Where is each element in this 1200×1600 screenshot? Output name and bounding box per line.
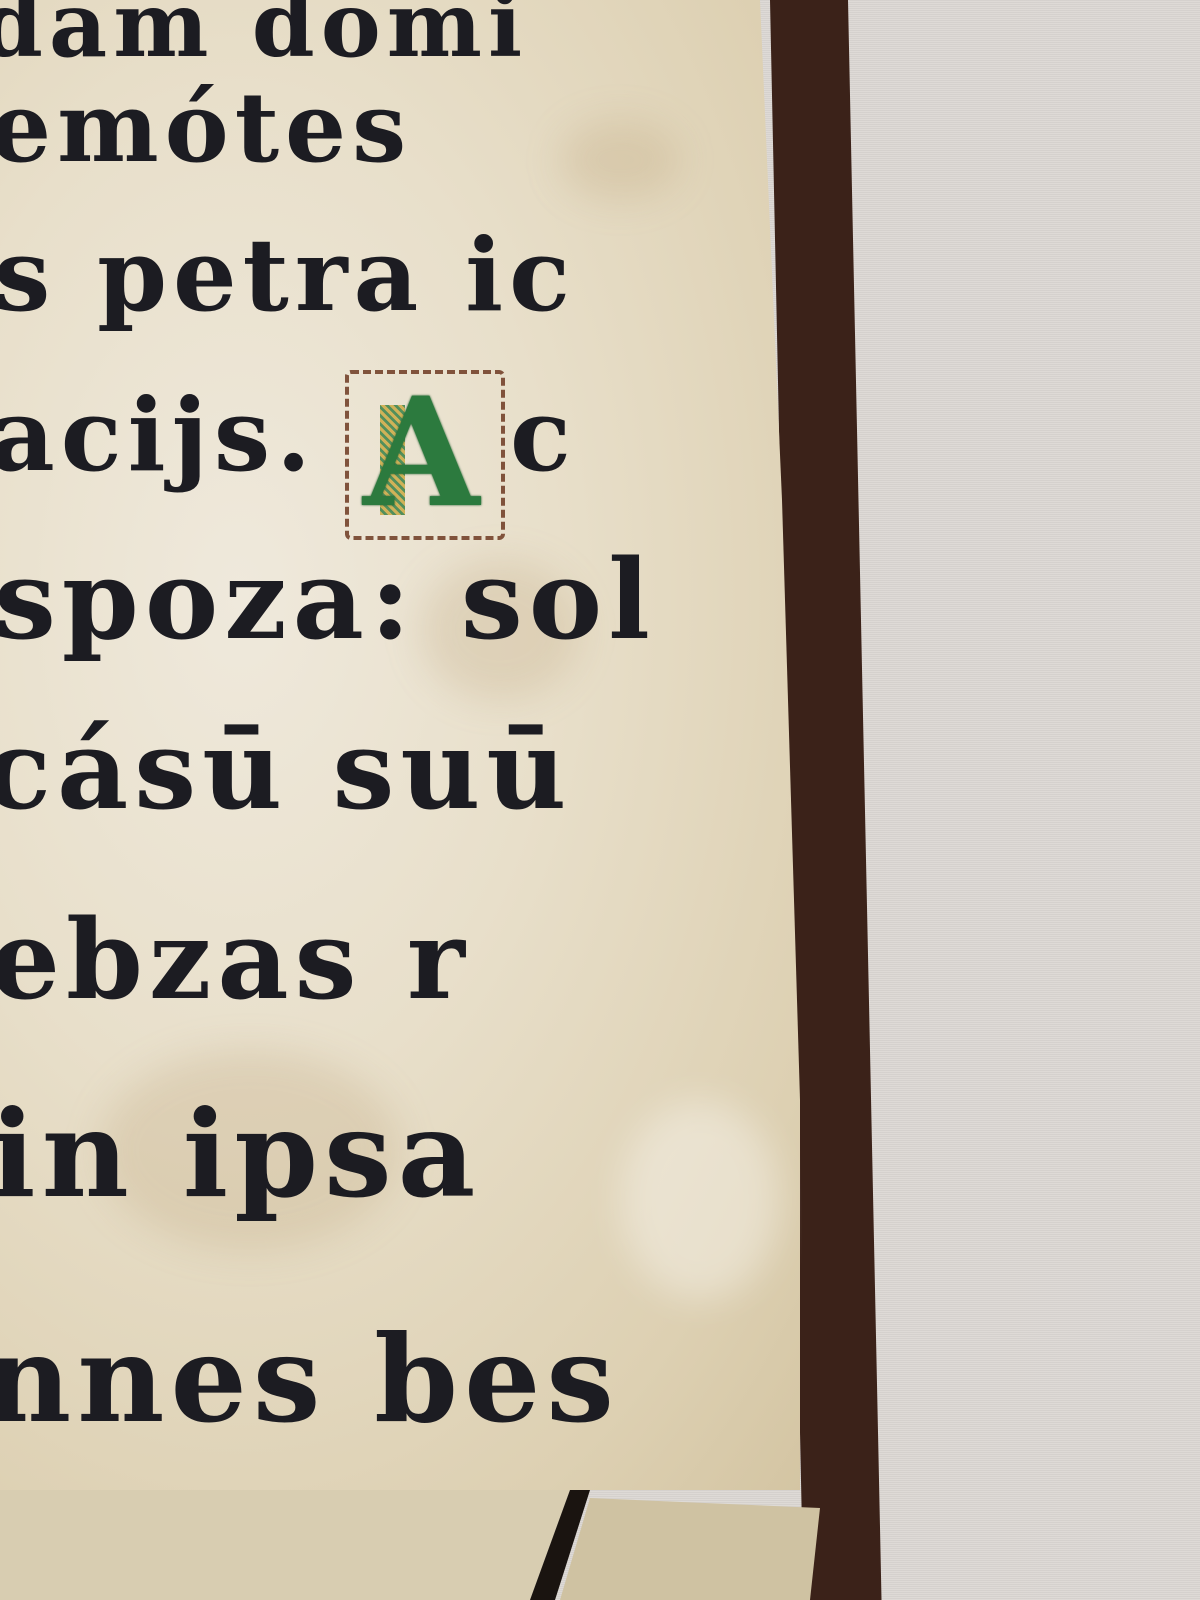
- manuscript-line-1: dam domi: [0, 0, 528, 70]
- manuscript-line-3: s petra ic: [0, 225, 576, 325]
- crease: [620, 1100, 780, 1300]
- vellum-fragment-lower-right: [560, 1498, 820, 1600]
- manuscript-line-7: ebzas r: [0, 905, 471, 1015]
- manuscript-line-2: emótes: [0, 80, 412, 176]
- manuscript-line-5: spoza: sol: [0, 545, 656, 655]
- manuscript-line-9: nnes bes: [0, 1320, 620, 1440]
- manuscript-line-6: cásū suū: [0, 715, 572, 825]
- initial-letter: A: [363, 378, 479, 528]
- stain: [560, 120, 680, 200]
- illuminated-initial: A: [335, 360, 515, 550]
- manuscript-line-4-cont: c: [510, 385, 577, 485]
- manuscript-line-8: in ipsa: [0, 1095, 481, 1215]
- vellum-leaf: dam domi emótes s petra ic acijs. c spoz…: [0, 0, 800, 1490]
- manuscript-line-4: acijs.: [0, 385, 317, 485]
